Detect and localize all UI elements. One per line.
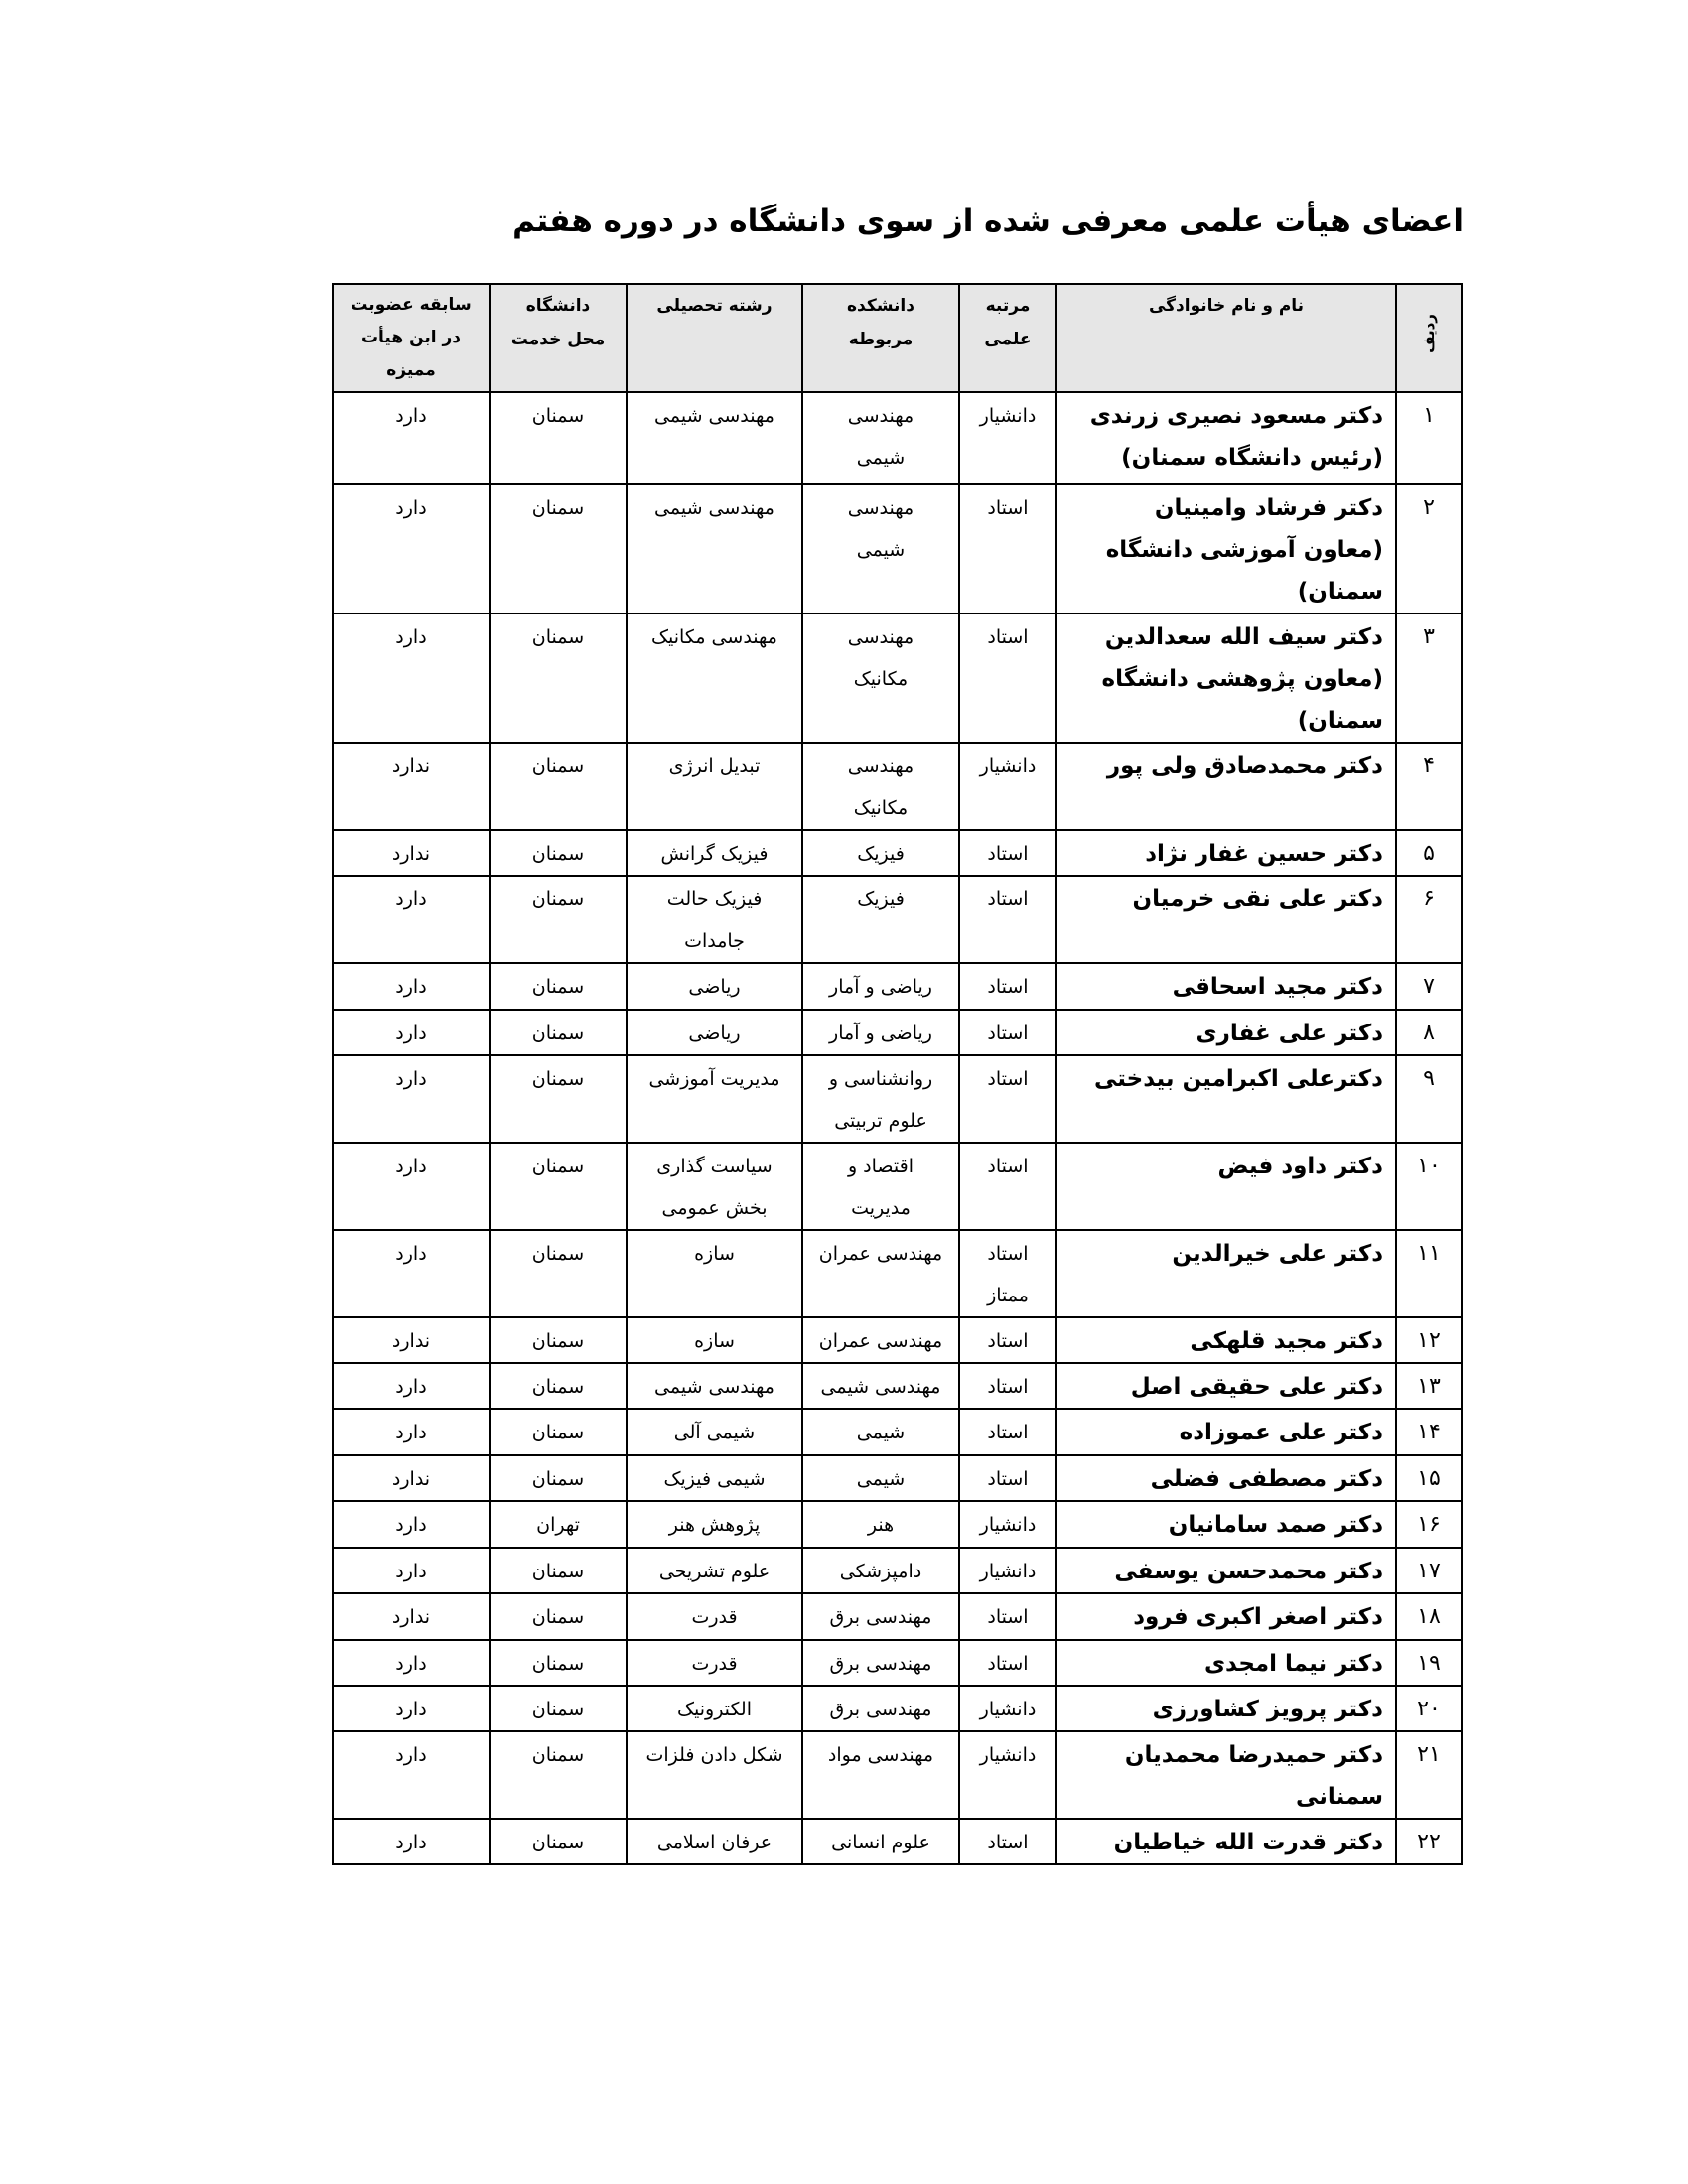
cell-row-number: ۲۰ (1396, 1686, 1462, 1731)
cell-rank-line: استاد (968, 879, 1048, 920)
cell-faculty: مهندسی عمران (802, 1317, 959, 1363)
cell-faculty-line: مهندسی (811, 395, 950, 437)
cell-field: پژوهش هنر (627, 1501, 802, 1548)
header-rank-line-1: مرتبه (966, 289, 1050, 323)
cell-rank: استاد (959, 876, 1056, 963)
cell-faculty-line: فیزیک (811, 879, 950, 920)
cell-name-line: دکتر پرویز کشاورزی (1065, 1689, 1383, 1730)
cell-name-line: دکتر محمدصادق ولی پور (1065, 746, 1383, 787)
cell-name-line: دکترعلی اکبرامین بیدختی (1065, 1058, 1383, 1100)
cell-history: دارد (333, 876, 490, 963)
cell-name: دکتر قدرت الله خیاطیان (1056, 1819, 1396, 1864)
header-faculty-line-1: دانشکده (809, 289, 952, 323)
cell-field: مهندسی شیمی (627, 1363, 802, 1409)
cell-faculty: مهندسیشیمی (802, 484, 959, 614)
table-row: ۱۵دکتر مصطفی فضلیاستادشیمیشیمی فیزیکسمنا… (333, 1455, 1462, 1501)
cell-faculty-line: اقتصاد و (811, 1146, 950, 1187)
cell-field-line: عرفان اسلامی (635, 1822, 793, 1863)
cell-name: دکتر مصطفی فضلی (1056, 1455, 1396, 1501)
cell-university: سمنان (490, 963, 627, 1010)
cell-rank: استاد (959, 1593, 1056, 1640)
header-history-line-1: سابقه عضوبت (340, 289, 483, 322)
cell-row-number: ۳ (1396, 614, 1462, 743)
header-name: نام و نام خانوادگی (1056, 284, 1396, 392)
cell-row-number: ۸ (1396, 1010, 1462, 1055)
cell-row-number: ۶ (1396, 876, 1462, 963)
cell-name-line: دکتر داود فیض (1065, 1146, 1383, 1187)
cell-name: دکتر داود فیض (1056, 1143, 1396, 1230)
cell-rank: دانشیار (959, 1731, 1056, 1819)
table-row: ۱۸دکتر اصغر اکبری فروداستادمهندسی برققدر… (333, 1593, 1462, 1640)
cell-name: دکتر محمدحسن یوسفی (1056, 1548, 1396, 1593)
cell-name-line: دکتر علی حقیقی اصل (1065, 1366, 1383, 1408)
cell-rank-line: دانشیار (968, 395, 1048, 437)
cell-row-number: ۱۰ (1396, 1143, 1462, 1230)
cell-field-line: پژوهش هنر (635, 1504, 793, 1546)
cell-rank-line: استاد (968, 1146, 1048, 1187)
cell-field: مهندسی مکانیک (627, 614, 802, 743)
cell-name: دکتر علی غفاری (1056, 1010, 1396, 1055)
table-row: ۶دکتر علی نقی خرمیاناستادفیزیکفیزیک حالت… (333, 876, 1462, 963)
cell-faculty: مهندسیمکانیک (802, 743, 959, 830)
cell-field: شیمی آلی (627, 1409, 802, 1455)
cell-rank: استاد (959, 484, 1056, 614)
header-university-line-2: محل خدمت (496, 323, 620, 356)
cell-name: دکتر علی حقیقی اصل (1056, 1363, 1396, 1409)
cell-history: ندارد (333, 743, 490, 830)
cell-field-line: الکترونیک (635, 1689, 793, 1730)
table-row: ۱۰دکتر داود فیضاستاداقتصاد ومدیریتسیاست … (333, 1143, 1462, 1230)
cell-name: دکتر علی خیرالدین (1056, 1230, 1396, 1317)
cell-name-line: (معاون پژوهشی دانشگاه سمنان) (1065, 658, 1383, 742)
cell-name-line: دکتر مجید قلهکی (1065, 1320, 1383, 1362)
cell-name-line: دکتر حمیدرضا محمدیان سمنانی (1065, 1734, 1383, 1818)
cell-faculty-line: مهندسی مواد (811, 1734, 950, 1776)
header-history-line-2: در ابن هیأت (340, 322, 483, 354)
cell-row-number: ۱۵ (1396, 1455, 1462, 1501)
cell-rank: دانشیار (959, 1548, 1056, 1593)
cell-faculty-line: مهندسی عمران (811, 1233, 950, 1275)
header-name-label: نام و نام خانوادگی (1149, 296, 1304, 316)
cell-row-number: ۱۲ (1396, 1317, 1462, 1363)
cell-faculty-line: شیمی (811, 1412, 950, 1453)
cell-faculty-line: شیمی (811, 1458, 950, 1500)
cell-field-line: شیمی فیزیک (635, 1458, 793, 1500)
cell-university: سمنان (490, 1640, 627, 1686)
cell-rank-line: استاد (968, 487, 1048, 529)
cell-history: دارد (333, 963, 490, 1010)
table-row: ۱۷دکتر محمدحسن یوسفیدانشیاردامپزشکیعلوم … (333, 1548, 1462, 1593)
cell-faculty-line: هنر (811, 1504, 950, 1546)
cell-faculty-line: ریاضی و آمار (811, 1013, 950, 1054)
table-row: ۱۲دکتر مجید قلهکیاستادمهندسی عمرانسازهسم… (333, 1317, 1462, 1363)
cell-field-line: مهندسی مکانیک (635, 616, 793, 658)
cell-rank-line: ممتاز (968, 1275, 1048, 1316)
cell-university: سمنان (490, 1819, 627, 1864)
cell-faculty: مهندسی برق (802, 1593, 959, 1640)
table-row: ۱۹دکتر نیما امجدیاستادمهندسی برققدرتسمنا… (333, 1640, 1462, 1686)
cell-history: دارد (333, 1230, 490, 1317)
header-field: رشته تحصیلی (627, 284, 802, 392)
cell-name-line: دکتر نیما امجدی (1065, 1643, 1383, 1685)
cell-rank-line: دانشیار (968, 1734, 1048, 1776)
cell-row-number: ۱ (1396, 392, 1462, 484)
cell-faculty-line: مهندسی (811, 616, 950, 658)
cell-history: ندارد (333, 1317, 490, 1363)
cell-field: مهندسی شیمی (627, 392, 802, 484)
cell-name: دکتر اصغر اکبری فرود (1056, 1593, 1396, 1640)
cell-name-line: دکتر صمد سامانیان (1065, 1504, 1383, 1546)
cell-faculty: دامپزشکی (802, 1548, 959, 1593)
cell-row-number: ۲ (1396, 484, 1462, 614)
cell-name-line: دکتر فرشاد وامینیان (1065, 487, 1383, 529)
cell-rank-line: دانشیار (968, 1551, 1048, 1592)
cell-name-line: دکتر علی نقی خرمیان (1065, 879, 1383, 920)
faculty-members-table: ردیف نام و نام خانوادگی مرتبه علمی دانشک… (332, 283, 1463, 1865)
cell-rank: دانشیار (959, 1686, 1056, 1731)
cell-rank-line: استاد (968, 833, 1048, 875)
cell-history: دارد (333, 1143, 490, 1230)
cell-name-line: دکتر علی عموزاده (1065, 1412, 1383, 1453)
cell-history: ندارد (333, 830, 490, 876)
cell-field: قدرت (627, 1640, 802, 1686)
header-university-line-1: دانشگاه (496, 289, 620, 323)
cell-rank: دانشیار (959, 1501, 1056, 1548)
table-row: ۳دکتر سیف الله سعدالدین(معاون پژوهشی دان… (333, 614, 1462, 743)
cell-row-number: ۹ (1396, 1055, 1462, 1143)
cell-faculty: اقتصاد ومدیریت (802, 1143, 959, 1230)
cell-row-number: ۴ (1396, 743, 1462, 830)
table-row: ۲۲دکتر قدرت الله خیاطیاناستادعلوم انسانی… (333, 1819, 1462, 1864)
cell-row-number: ۱۸ (1396, 1593, 1462, 1640)
cell-field-line: مهندسی شیمی (635, 487, 793, 529)
cell-history: دارد (333, 484, 490, 614)
header-field-label: رشته تحصیلی (656, 296, 772, 316)
cell-rank: دانشیار (959, 392, 1056, 484)
cell-field-line: ریاضی (635, 1013, 793, 1054)
cell-name: دکتر فرشاد وامینیان(معاون آموزشی دانشگاه… (1056, 484, 1396, 614)
cell-faculty: مهندسیشیمی (802, 392, 959, 484)
cell-faculty: مهندسی برق (802, 1640, 959, 1686)
cell-faculty-line: شیمی (811, 437, 950, 478)
cell-field-line: مهندسی شیمی (635, 1366, 793, 1408)
cell-faculty: علوم انسانی (802, 1819, 959, 1864)
cell-history: دارد (333, 614, 490, 743)
cell-name-line: دکتر علی غفاری (1065, 1013, 1383, 1054)
cell-faculty-line: فیزیک (811, 833, 950, 875)
cell-field: شیمی فیزیک (627, 1455, 802, 1501)
cell-field-line: تبدیل انرژی (635, 746, 793, 787)
cell-faculty-line: علوم انسانی (811, 1822, 950, 1863)
header-rank-line-2: علمی (966, 323, 1050, 356)
cell-rank: استاد (959, 1819, 1056, 1864)
cell-field-line: ریاضی (635, 966, 793, 1008)
cell-field-line: سیاست گذاری (635, 1146, 793, 1187)
cell-rank: استاد (959, 1317, 1056, 1363)
cell-row-number: ۷ (1396, 963, 1462, 1010)
cell-faculty: مهندسی برق (802, 1686, 959, 1731)
header-rank: مرتبه علمی (959, 284, 1056, 392)
cell-name-line: دکتر مسعود نصیری زرندی (1065, 395, 1383, 437)
cell-name: دکتر سیف الله سعدالدین(معاون پژوهشی دانش… (1056, 614, 1396, 743)
cell-rank-line: استاد (968, 1013, 1048, 1054)
cell-row-number: ۱۴ (1396, 1409, 1462, 1455)
cell-rank: استاد (959, 1363, 1056, 1409)
table-row: ۷دکتر مجید اسحاقیاستادریاضی و آمارریاضیس… (333, 963, 1462, 1010)
cell-row-number: ۲۱ (1396, 1731, 1462, 1819)
cell-faculty-line: مهندسی (811, 487, 950, 529)
cell-field: مهندسی شیمی (627, 484, 802, 614)
cell-faculty-line: مدیریت (811, 1187, 950, 1229)
cell-field-line: شیمی آلی (635, 1412, 793, 1453)
cell-faculty: هنر (802, 1501, 959, 1548)
cell-rank-line: استاد (968, 1058, 1048, 1100)
cell-field: سازه (627, 1230, 802, 1317)
cell-history: ندارد (333, 1593, 490, 1640)
cell-university: سمنان (490, 392, 627, 484)
cell-name: دکتر مسعود نصیری زرندی(رئیس دانشگاه سمنا… (1056, 392, 1396, 484)
cell-row-number: ۱۱ (1396, 1230, 1462, 1317)
table-row: ۲۱دکتر حمیدرضا محمدیان سمنانیدانشیارمهند… (333, 1731, 1462, 1819)
cell-faculty: فیزیک (802, 876, 959, 963)
cell-name-line: دکتر مصطفی فضلی (1065, 1458, 1383, 1500)
cell-university: سمنان (490, 614, 627, 743)
cell-university: سمنان (490, 1686, 627, 1731)
cell-field: مدیریت آموزشی (627, 1055, 802, 1143)
cell-name: دکتر پرویز کشاورزی (1056, 1686, 1396, 1731)
cell-faculty-line: شیمی (811, 529, 950, 571)
cell-faculty: روانشناسی وعلوم تربیتی (802, 1055, 959, 1143)
header-faculty-line-2: مربوطه (809, 323, 952, 356)
cell-rank: دانشیار (959, 743, 1056, 830)
cell-history: دارد (333, 392, 490, 484)
table-header-row: ردیف نام و نام خانوادگی مرتبه علمی دانشک… (333, 284, 1462, 392)
cell-history: دارد (333, 1819, 490, 1864)
cell-row-number: ۱۶ (1396, 1501, 1462, 1548)
table-row: ۱۴دکتر علی عموزادهاستادشیمیشیمی آلیسمنان… (333, 1409, 1462, 1455)
cell-faculty-line: مهندسی شیمی (811, 1366, 950, 1408)
cell-field: ریاضی (627, 963, 802, 1010)
cell-field: علوم تشریحی (627, 1548, 802, 1593)
cell-university: سمنان (490, 1548, 627, 1593)
cell-faculty-line: روانشناسی و (811, 1058, 950, 1100)
cell-faculty-line: مهندسی عمران (811, 1320, 950, 1362)
cell-rank-line: استاد (968, 1822, 1048, 1863)
cell-university: سمنان (490, 484, 627, 614)
cell-row-number: ۵ (1396, 830, 1462, 876)
cell-name: دکتر حسین غفار نژاد (1056, 830, 1396, 876)
cell-faculty-line: مکانیک (811, 658, 950, 700)
cell-field: سیاست گذاریبخش عمومی (627, 1143, 802, 1230)
cell-rank: استاد (959, 1143, 1056, 1230)
table-body: ۱دکتر مسعود نصیری زرندی(رئیس دانشگاه سمن… (333, 392, 1462, 1864)
cell-university: سمنان (490, 1363, 627, 1409)
cell-rank-line: استاد (968, 1596, 1048, 1638)
cell-history: دارد (333, 1363, 490, 1409)
header-university: دانشگاه محل خدمت (490, 284, 627, 392)
cell-row-number: ۱۹ (1396, 1640, 1462, 1686)
header-faculty: دانشکده مربوطه (802, 284, 959, 392)
page-title: اعضای هیأت علمی معرفی شده از سوی دانشگاه… (512, 204, 1464, 239)
cell-row-number: ۱۳ (1396, 1363, 1462, 1409)
cell-name-line: دکتر علی خیرالدین (1065, 1233, 1383, 1275)
cell-field-line: فیزیک گرانش (635, 833, 793, 875)
cell-name: دکتر محمدصادق ولی پور (1056, 743, 1396, 830)
table-row: ۲دکتر فرشاد وامینیان(معاون آموزشی دانشگا… (333, 484, 1462, 614)
header-row-number: ردیف (1396, 284, 1462, 392)
table-row: ۵دکتر حسین غفار نژاداستادفیزیکفیزیک گران… (333, 830, 1462, 876)
cell-field-line: فیزیک حالت (635, 879, 793, 920)
cell-rank-line: استاد (968, 966, 1048, 1008)
cell-name: دکتر مجید اسحاقی (1056, 963, 1396, 1010)
cell-name-line: دکتر سیف الله سعدالدین (1065, 616, 1383, 658)
cell-university: تهران (490, 1501, 627, 1548)
cell-faculty-line: ریاضی و آمار (811, 966, 950, 1008)
cell-name-line: دکتر مجید اسحاقی (1065, 966, 1383, 1008)
cell-rank: استاد (959, 614, 1056, 743)
cell-field: ریاضی (627, 1010, 802, 1055)
cell-history: دارد (333, 1501, 490, 1548)
cell-field-line: شکل دادن فلزات (635, 1734, 793, 1776)
cell-name-line: دکتر محمدحسن یوسفی (1065, 1551, 1383, 1592)
table-row: ۱دکتر مسعود نصیری زرندی(رئیس دانشگاه سمن… (333, 392, 1462, 484)
cell-university: سمنان (490, 1230, 627, 1317)
cell-field: سازه (627, 1317, 802, 1363)
cell-rank: استاد (959, 963, 1056, 1010)
cell-name: دکترعلی اکبرامین بیدختی (1056, 1055, 1396, 1143)
cell-university: سمنان (490, 1409, 627, 1455)
cell-field-line: قدرت (635, 1596, 793, 1638)
table-row: ۱۳دکتر علی حقیقی اصلاستادمهندسی شیمیمهند… (333, 1363, 1462, 1409)
cell-row-number: ۱۷ (1396, 1548, 1462, 1593)
cell-rank-line: استاد (968, 1320, 1048, 1362)
cell-field: تبدیل انرژی (627, 743, 802, 830)
cell-university: سمنان (490, 1010, 627, 1055)
cell-rank-line: دانشیار (968, 1689, 1048, 1730)
header-history: سابقه عضوبت در ابن هیأت ممیزه (333, 284, 490, 392)
cell-rank-line: دانشیار (968, 1504, 1048, 1546)
cell-faculty-line: مکانیک (811, 787, 950, 829)
cell-history: ندارد (333, 1455, 490, 1501)
cell-name-line: دکتر اصغر اکبری فرود (1065, 1596, 1383, 1638)
table-row: ۲۰دکتر پرویز کشاورزیدانشیارمهندسی برقالک… (333, 1686, 1462, 1731)
cell-name-line: دکتر قدرت الله خیاطیان (1065, 1822, 1383, 1863)
cell-history: دارد (333, 1409, 490, 1455)
cell-history: دارد (333, 1055, 490, 1143)
cell-faculty-line: مهندسی (811, 746, 950, 787)
cell-faculty: شیمی (802, 1409, 959, 1455)
cell-rank: استاد (959, 1010, 1056, 1055)
cell-rank-line: استاد (968, 1412, 1048, 1453)
cell-rank-line: استاد (968, 1366, 1048, 1408)
cell-name-line: (رئیس دانشگاه سمنان) (1065, 437, 1383, 478)
cell-rank-line: استاد (968, 1233, 1048, 1275)
cell-field: قدرت (627, 1593, 802, 1640)
cell-rank-line: استاد (968, 1643, 1048, 1685)
table-row: ۱۶دکتر صمد سامانیاندانشیارهنرپژوهش هنرته… (333, 1501, 1462, 1548)
cell-faculty-line: مهندسی برق (811, 1689, 950, 1730)
cell-row-number: ۲۲ (1396, 1819, 1462, 1864)
cell-name: دکتر نیما امجدی (1056, 1640, 1396, 1686)
cell-field: شکل دادن فلزات (627, 1731, 802, 1819)
cell-field: فیزیک گرانش (627, 830, 802, 876)
cell-university: سمنان (490, 743, 627, 830)
header-row-number-label: ردیف (1412, 314, 1446, 353)
cell-history: دارد (333, 1731, 490, 1819)
header-history-line-3: ممیزه (340, 354, 483, 387)
cell-university: سمنان (490, 830, 627, 876)
cell-university: سمنان (490, 1593, 627, 1640)
cell-field-line: مدیریت آموزشی (635, 1058, 793, 1100)
cell-rank: استادممتاز (959, 1230, 1056, 1317)
cell-university: سمنان (490, 1317, 627, 1363)
cell-field: فیزیک حالتجامدات (627, 876, 802, 963)
cell-faculty-line: علوم تربیتی (811, 1100, 950, 1142)
cell-faculty: مهندسی مواد (802, 1731, 959, 1819)
cell-rank: استاد (959, 1055, 1056, 1143)
cell-rank-line: استاد (968, 1458, 1048, 1500)
cell-faculty: مهندسیمکانیک (802, 614, 959, 743)
cell-history: دارد (333, 1010, 490, 1055)
cell-university: سمنان (490, 1455, 627, 1501)
cell-history: دارد (333, 1640, 490, 1686)
cell-name: دکتر صمد سامانیان (1056, 1501, 1396, 1548)
cell-faculty: مهندسی شیمی (802, 1363, 959, 1409)
cell-name-line: (معاون آموزشی دانشگاه سمنان) (1065, 529, 1383, 613)
cell-field-line: بخش عمومی (635, 1187, 793, 1229)
cell-history: دارد (333, 1686, 490, 1731)
cell-field-line: قدرت (635, 1643, 793, 1685)
cell-name: دکتر علی نقی خرمیان (1056, 876, 1396, 963)
cell-university: سمنان (490, 1731, 627, 1819)
cell-university: سمنان (490, 876, 627, 963)
cell-university: سمنان (490, 1055, 627, 1143)
cell-history: دارد (333, 1548, 490, 1593)
cell-name: دکتر علی عموزاده (1056, 1409, 1396, 1455)
cell-faculty: فیزیک (802, 830, 959, 876)
cell-faculty-line: دامپزشکی (811, 1551, 950, 1592)
table-row: ۹دکترعلی اکبرامین بیدختیاستادروانشناسی و… (333, 1055, 1462, 1143)
cell-field-line: سازه (635, 1320, 793, 1362)
table-row: ۴دکتر محمدصادق ولی پوردانشیارمهندسیمکانی… (333, 743, 1462, 830)
table-row: ۸دکتر علی غفاریاستادریاضی و آمارریاضیسمن… (333, 1010, 1462, 1055)
cell-field-line: سازه (635, 1233, 793, 1275)
cell-rank: استاد (959, 1409, 1056, 1455)
cell-rank-line: دانشیار (968, 746, 1048, 787)
cell-university: سمنان (490, 1143, 627, 1230)
cell-field-line: مهندسی شیمی (635, 395, 793, 437)
cell-field: عرفان اسلامی (627, 1819, 802, 1864)
cell-field-line: جامدات (635, 920, 793, 962)
cell-faculty-line: مهندسی برق (811, 1643, 950, 1685)
cell-faculty: مهندسی عمران (802, 1230, 959, 1317)
cell-name: دکتر مجید قلهکی (1056, 1317, 1396, 1363)
cell-name: دکتر حمیدرضا محمدیان سمنانی (1056, 1731, 1396, 1819)
cell-faculty: شیمی (802, 1455, 959, 1501)
cell-field-line: علوم تشریحی (635, 1551, 793, 1592)
cell-rank-line: استاد (968, 616, 1048, 658)
cell-faculty: ریاضی و آمار (802, 1010, 959, 1055)
cell-name-line: دکتر حسین غفار نژاد (1065, 833, 1383, 875)
table-row: ۱۱دکتر علی خیرالدیناستادممتازمهندسی عمرا… (333, 1230, 1462, 1317)
cell-faculty-line: مهندسی برق (811, 1596, 950, 1638)
cell-rank: استاد (959, 1455, 1056, 1501)
cell-rank: استاد (959, 830, 1056, 876)
cell-rank: استاد (959, 1640, 1056, 1686)
cell-field: الکترونیک (627, 1686, 802, 1731)
cell-faculty: ریاضی و آمار (802, 963, 959, 1010)
